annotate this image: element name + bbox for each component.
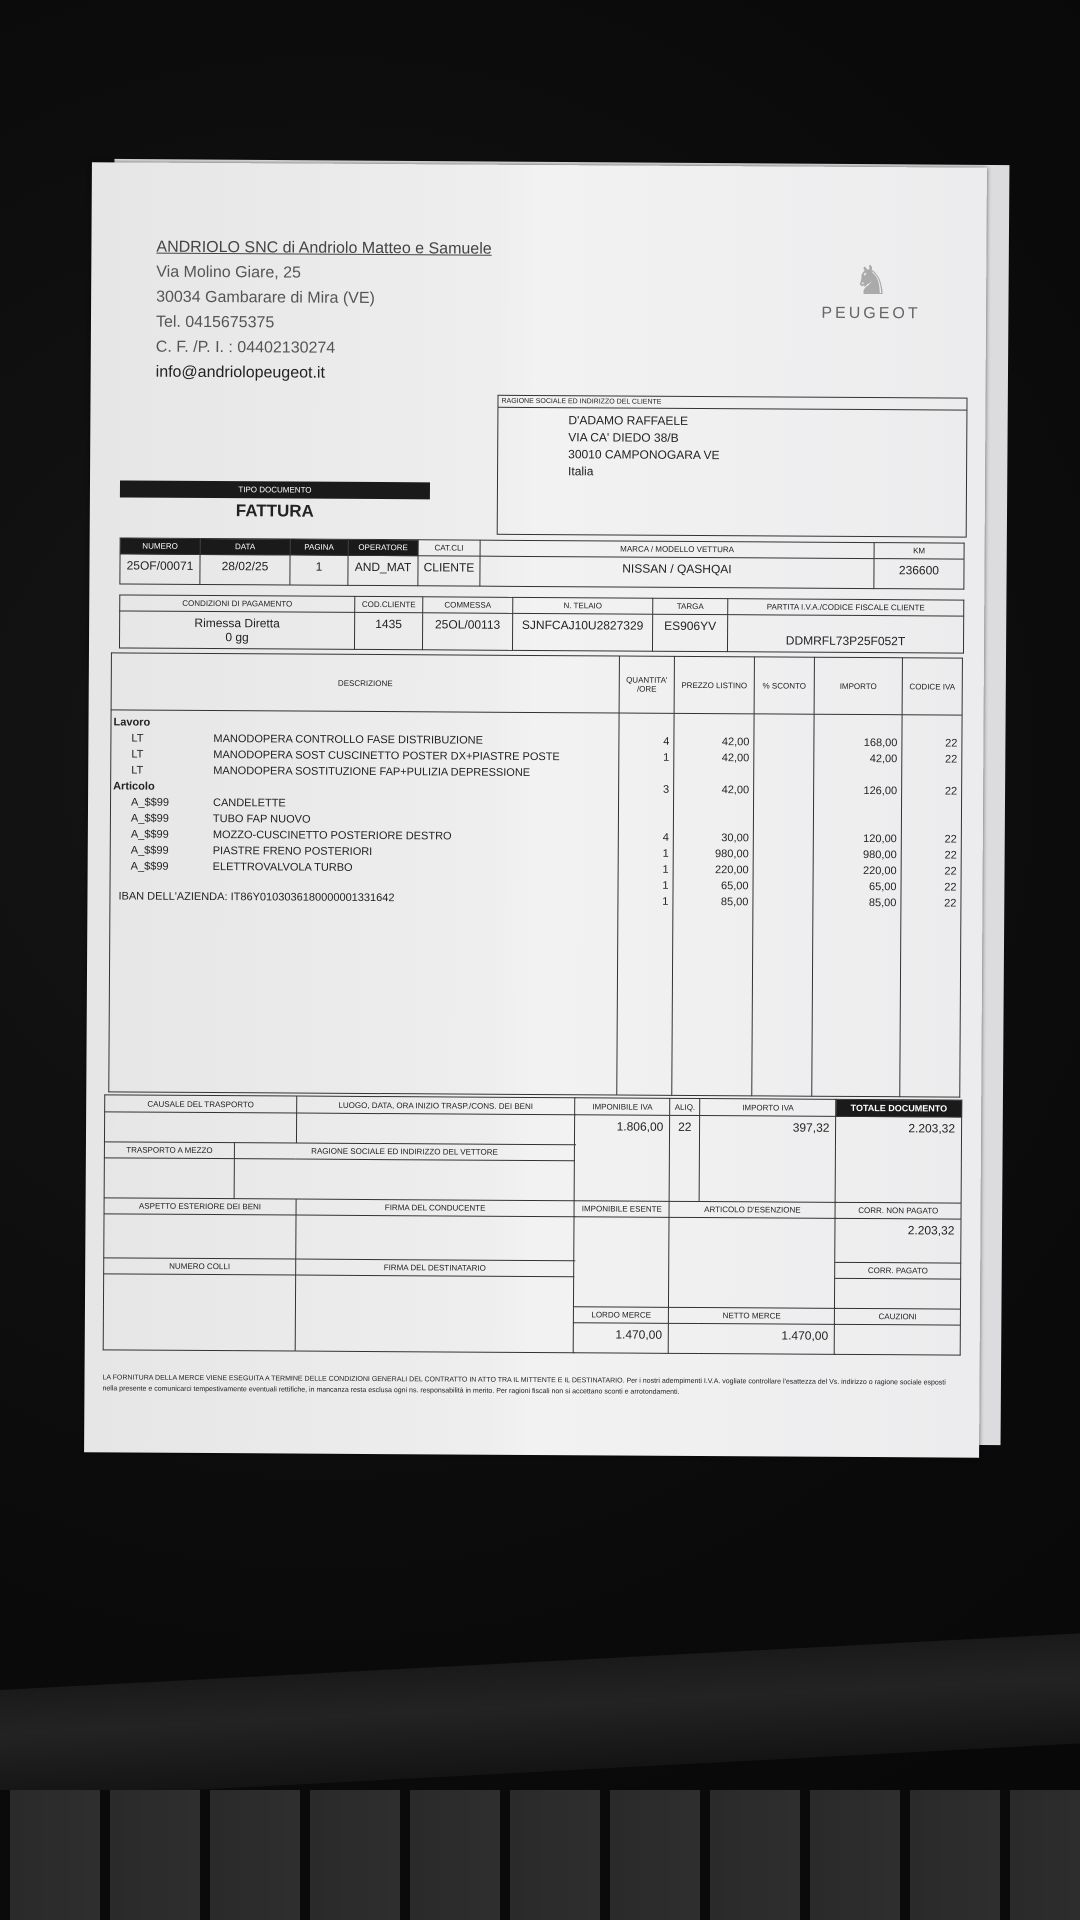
item-discount: [756, 734, 809, 750]
aspetto-value: [104, 1214, 296, 1259]
lordo-merce-value: 1.470,00: [573, 1323, 668, 1354]
vat-codes-column: 2222 22 2222222222: [900, 715, 962, 1097]
table-row: A_$$99ELETTROVALVOLA TURBO: [113, 858, 616, 877]
company-email: info@andriolopeugeot.it: [156, 360, 491, 387]
item-amount: 980,00: [816, 847, 897, 863]
job-order: 25OL/00113: [422, 613, 512, 651]
articolo-esenzione-value: [669, 1217, 836, 1308]
spacer: [756, 814, 809, 830]
vehicle-km: 236600: [874, 559, 964, 590]
invoice-date: 28/02/25: [200, 554, 290, 585]
item-price: 42,00: [676, 782, 749, 798]
col-km: KM: [874, 543, 964, 560]
company-tax-id: C. F. /P. I. : 04402130274: [156, 335, 491, 362]
luogo-value: [296, 1113, 575, 1145]
col-numero: NUMERO: [120, 538, 200, 554]
col-pagamento: CONDIZIONI DI PAGAMENTO: [120, 595, 355, 612]
company-address: Via Molino Giare, 25: [156, 260, 491, 287]
imponibile-iva-label: IMPONIBILE IVA: [575, 1098, 670, 1116]
amounts-column: 168,0042,00 126,00 120,00980,00220,0065,…: [812, 714, 902, 1097]
item-amount: 220,00: [816, 863, 897, 879]
netto-merce-value: 1.470,00: [668, 1323, 834, 1354]
company-name: ANDRIOLO SNC di Andriolo Matteo e Samuel…: [156, 235, 491, 262]
license-plate: ES906YV: [652, 614, 727, 651]
item-price: 65,00: [675, 878, 748, 894]
item-discount: [756, 846, 809, 862]
col-pagina: PAGINA: [290, 539, 348, 555]
item-code: A_$$99: [113, 826, 213, 843]
numero-colli-value: [103, 1274, 295, 1351]
col-data: DATA: [200, 538, 290, 555]
corr-non-pagato-label: CORR. NON PAGATO: [835, 1202, 961, 1219]
item-price: 980,00: [676, 846, 749, 862]
spacer: [904, 719, 957, 735]
totale-value: 2.203,32: [835, 1116, 961, 1203]
operator: AND_MAT: [348, 555, 418, 585]
spacer: [676, 798, 749, 814]
document-type-label: TIPO DOCUMENTO: [120, 480, 430, 499]
spacer: [816, 799, 897, 815]
vin: SJNFCAJ10U2827329: [512, 613, 652, 651]
cauzioni-label: CAUZIONI: [835, 1308, 961, 1325]
client-tax-code: DDMRFL73P25F052T: [727, 615, 963, 653]
firma-destinatario-value: [295, 1275, 574, 1353]
brand-name: PEUGEOT: [801, 305, 941, 324]
totals-section: CAUSALE DEL TRASPORTO LUOGO, DATA, ORA I…: [103, 1094, 963, 1355]
client-country: Italia: [568, 463, 966, 482]
corr-pagato-label: CORR. PAGATO: [835, 1262, 961, 1279]
item-vat: 22: [903, 879, 956, 895]
spacer: [756, 718, 809, 734]
item-discount: [756, 750, 809, 766]
col-importo: IMPORTO: [814, 657, 902, 715]
spacer: [756, 766, 809, 782]
col-prezzo: PREZZO LISTINO: [674, 656, 754, 713]
lordo-merce-label: LORDO MERCE: [574, 1307, 669, 1324]
item-qty: 1: [621, 862, 669, 878]
item-discount: [756, 862, 809, 878]
item-code: LT: [113, 762, 213, 779]
spacer: [816, 767, 897, 783]
company-phone: Tel. 0415675375: [156, 310, 491, 337]
item-amount: 42,00: [816, 751, 897, 767]
col-descrizione: DESCRIZIONE: [111, 653, 619, 713]
client-code: 1435: [354, 612, 422, 649]
item-discount: [756, 782, 809, 798]
payment-days: 0 gg: [122, 629, 352, 644]
invoice-header-row1: NUMERO DATA PAGINA OPERATORE CAT.CLI MAR…: [119, 537, 964, 589]
spacer: [676, 814, 749, 830]
item-amount: 168,00: [816, 735, 897, 751]
client-box: RAGIONE SOCIALE ED INDIRIZZO DEL CLIENTE…: [497, 395, 968, 538]
item-code: LT: [113, 730, 213, 747]
col-telaio: N. TELAIO: [513, 597, 653, 614]
item-price: 220,00: [676, 862, 749, 878]
quantities-column: 41 3 41111: [617, 713, 674, 1095]
trunk-floor-ribs: [0, 1790, 1080, 1920]
item-qty: 3: [621, 782, 669, 798]
spacer: [621, 718, 669, 734]
document-type-box: TIPO DOCUMENTO FATTURA: [120, 480, 430, 537]
item-amount: 85,00: [815, 895, 896, 911]
trasporto-value: [104, 1158, 234, 1199]
company-city: 30034 Gambarare di Mira (VE): [156, 285, 491, 312]
item-price: 85,00: [675, 894, 748, 910]
item-description: MANODOPERA SOSTITUZIONE FAP+PULIZIA DEPR…: [213, 763, 616, 781]
invoice-header-row2: CONDIZIONI DI PAGAMENTO COD.CLIENTE COMM…: [119, 594, 964, 653]
item-vat: 22: [904, 735, 957, 751]
imponibile-esente-label: IMPONIBILE ESENTE: [574, 1201, 669, 1218]
col-codice-iva: CODICE IVA: [902, 658, 962, 715]
aliq-value: 22: [669, 1115, 700, 1201]
imponibile-esente-value: [574, 1217, 670, 1308]
corr-non-pagato-value: 2.203,32: [835, 1218, 961, 1263]
company-header: ANDRIOLO SNC di Andriolo Matteo e Samuel…: [156, 235, 492, 387]
item-code: LT: [113, 746, 213, 763]
page-number: 1: [290, 555, 348, 585]
invoice-number: 25OF/00071: [120, 554, 200, 584]
spacer: [816, 719, 897, 735]
company-iban: IBAN DELL'AZIENDA: IT86Y0103036180000001…: [112, 888, 615, 907]
spacer: [676, 718, 749, 734]
client-city: 30010 CAMPONOGARA VE: [568, 446, 966, 465]
aliq-label: ALIQ.: [670, 1098, 700, 1115]
col-operatore: OPERATORE: [348, 539, 418, 555]
item-qty: 1: [621, 846, 669, 862]
item-code: A_$$99: [113, 810, 213, 827]
causale-label: CAUSALE DEL TRASPORTO: [105, 1095, 297, 1113]
aspetto-label: ASPETTO ESTERIORE DEI BENI: [104, 1198, 296, 1215]
item-vat: 22: [903, 895, 956, 911]
item-amount: 65,00: [815, 879, 896, 895]
lion-icon: ♞: [801, 257, 941, 306]
causale-value: [104, 1112, 296, 1143]
prices-column: 42,0042,00 42,00 30,00980,00220,0065,008…: [672, 713, 754, 1095]
item-description: ELETTROVALVOLA TURBO: [213, 859, 616, 877]
document-type: FATTURA: [120, 497, 430, 525]
cauzioni-value: [835, 1324, 961, 1355]
firma-conducente-value: [296, 1215, 575, 1261]
item-qty: 1: [620, 894, 668, 910]
spacer: [904, 767, 957, 783]
item-qty: 4: [621, 830, 669, 846]
corr-pagato-value: [835, 1278, 961, 1309]
table-row: LTMANODOPERA SOSTITUZIONE FAP+PULIZIA DE…: [113, 762, 616, 781]
spacer: [621, 814, 669, 830]
trasporto-label: TRASPORTO A MEZZO: [104, 1142, 234, 1159]
spacer: [676, 766, 749, 782]
col-cat-cli: CAT.CLI: [418, 540, 480, 556]
item-price: 42,00: [676, 734, 749, 750]
discounts-column: [752, 714, 814, 1096]
item-vat: 22: [904, 751, 957, 767]
payment-method: Rimessa Diretta: [122, 615, 352, 630]
spacer: [904, 815, 957, 831]
items-table: DESCRIZIONE QUANTITA' /ORE PREZZO LISTIN…: [108, 652, 963, 1097]
luogo-label: LUOGO, DATA, ORA INIZIO TRASP./CONS. DEI…: [297, 1096, 576, 1115]
peugeot-logo: ♞ PEUGEOT: [801, 257, 941, 324]
item-price: 30,00: [676, 830, 749, 846]
item-discount: [755, 878, 808, 894]
client-category: CLIENTE: [418, 556, 480, 586]
spacer: [904, 799, 957, 815]
netto-merce-label: NETTO MERCE: [669, 1307, 835, 1324]
col-targa: TARGA: [653, 598, 728, 614]
item-discount: [756, 830, 809, 846]
item-discount: [755, 894, 808, 910]
item-amount: 120,00: [816, 831, 897, 847]
spacer: [756, 798, 809, 814]
item-amount: 126,00: [816, 783, 897, 799]
imponibile-iva-value: 1.806,00: [574, 1115, 670, 1202]
item-qty: 4: [621, 734, 669, 750]
spacer: [621, 766, 669, 782]
firma-conducente-label: FIRMA DEL CONDUCENTE: [296, 1199, 574, 1217]
numero-colli-label: NUMERO COLLI: [104, 1258, 296, 1275]
item-vat: 22: [904, 783, 957, 799]
vettore-value: [234, 1159, 575, 1201]
firma-destinatario-label: FIRMA DEL DESTINATARIO: [296, 1259, 574, 1277]
item-vat: 22: [904, 831, 957, 847]
invoice-document: ANDRIOLO SNC di Andriolo Matteo e Samuel…: [84, 162, 987, 1457]
spacer: [621, 798, 669, 814]
col-piva: PARTITA I.V.A./CODICE FISCALE CLIENTE: [728, 599, 964, 616]
spacer: [816, 815, 897, 831]
item-price: 42,00: [676, 750, 749, 766]
descriptions-column: LavoroLTMANODOPERA CONTROLLO FASE DISTRI…: [109, 710, 619, 1095]
payment-terms: Rimessa Diretta 0 gg: [119, 611, 354, 649]
importo-iva-value: 397,32: [699, 1116, 836, 1203]
item-code: A_$$99: [113, 858, 213, 875]
item-code: A_$$99: [113, 842, 213, 859]
legal-footnote: LA FORNITURA DELLA MERCE VIENE ESEGUITA …: [102, 1372, 962, 1399]
item-vat: 22: [904, 847, 957, 863]
item-vat: 22: [904, 863, 957, 879]
item-qty: 1: [621, 750, 669, 766]
col-quantita: QUANTITA' /ORE: [619, 656, 674, 713]
col-sconto: % SCONTO: [754, 657, 814, 714]
col-commessa: COMMESSA: [423, 597, 513, 614]
articolo-esenzione-label: ARTICOLO D'ESENZIONE: [669, 1201, 835, 1218]
item-qty: 1: [620, 878, 668, 894]
totale-label: TOTALE DOCUMENTO: [836, 1099, 962, 1117]
importo-iva-label: IMPORTO IVA: [700, 1099, 836, 1117]
item-code: A_$$99: [113, 794, 213, 811]
vehicle-model: NISSAN / QASHQAI: [480, 556, 874, 588]
col-cod-cliente: COD.CLIENTE: [355, 596, 423, 612]
